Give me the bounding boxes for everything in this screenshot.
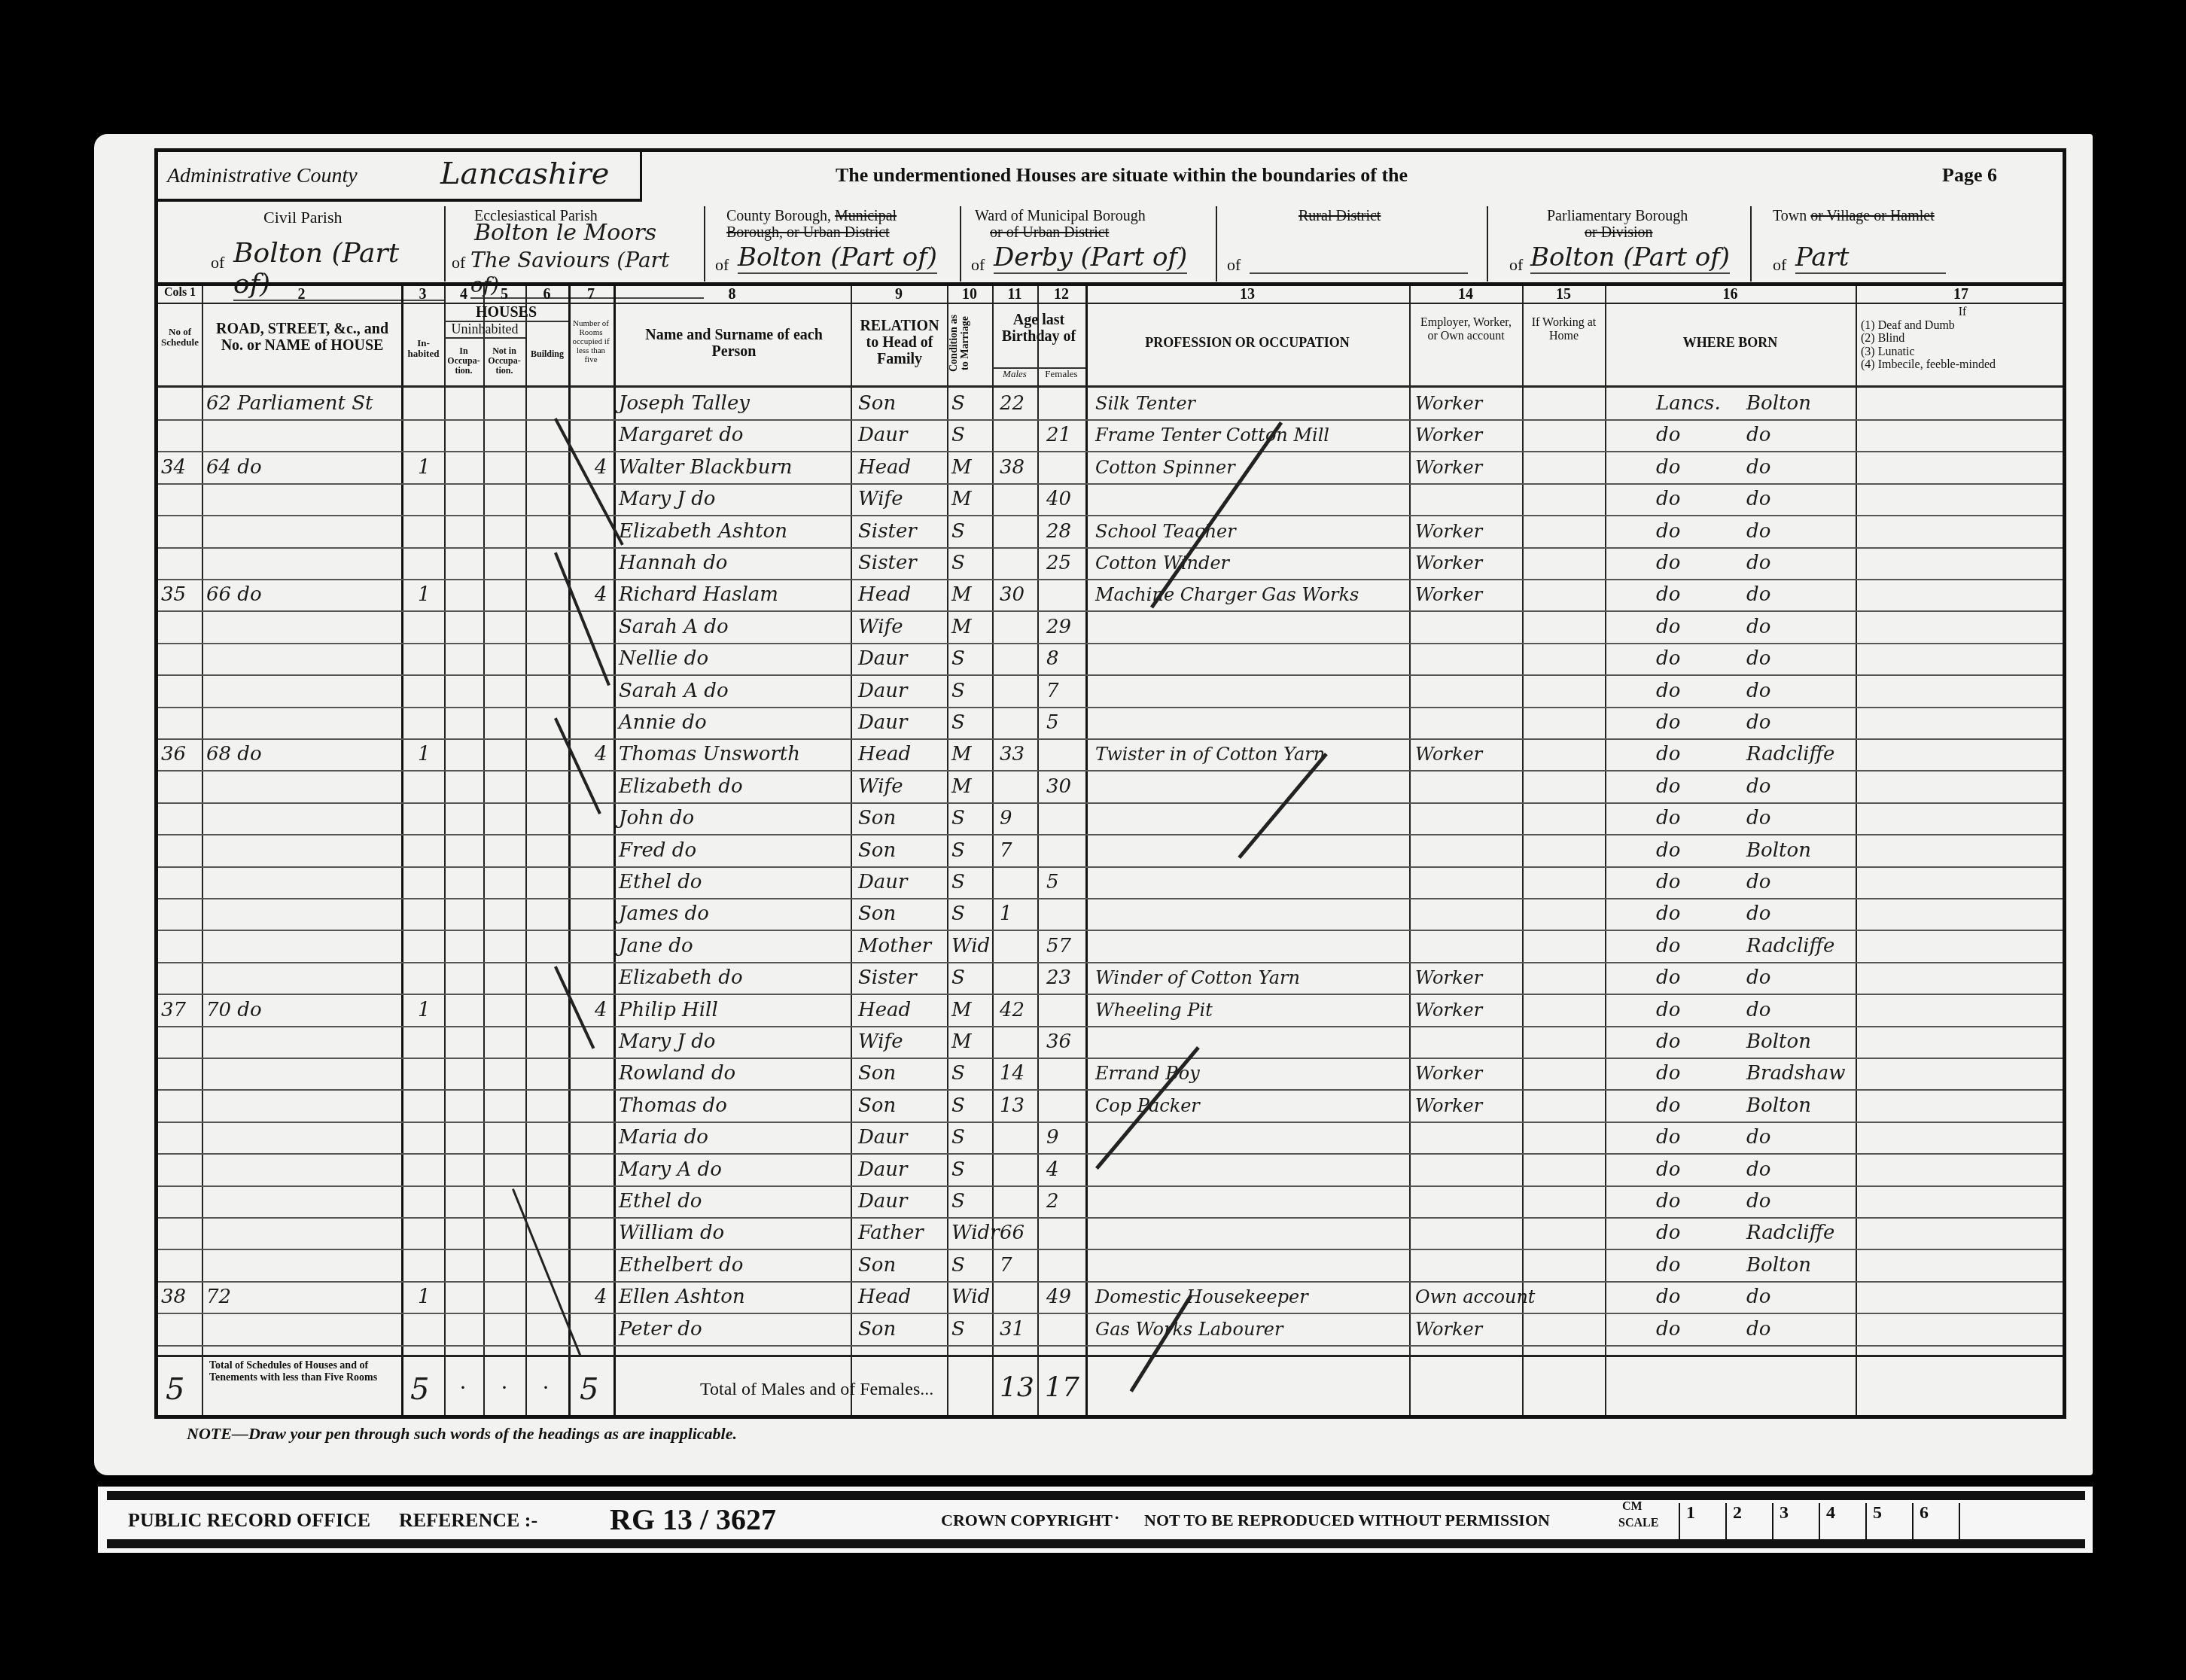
- row-born-county: do: [1656, 1058, 1716, 1089]
- scale-mark-5: 5: [1865, 1503, 1912, 1542]
- row-relation: Son: [858, 1249, 945, 1281]
- row-name: Hannah do: [619, 547, 848, 579]
- table-row: 3464 do14Walter BlackburnHeadM38Cotton S…: [158, 452, 2063, 485]
- row-born-county: Lancs.: [1656, 388, 1716, 419]
- footer-reference: RG 13 / 3627: [610, 1502, 776, 1537]
- row-inhabited: 1: [418, 994, 440, 1026]
- row-male-age: 33: [1000, 738, 1034, 770]
- row-road: [206, 419, 398, 451]
- row-rooms: 4: [595, 738, 613, 770]
- col-num-11: 11: [992, 286, 1037, 303]
- row-condition: M: [951, 994, 991, 1026]
- row-employment: Worker: [1415, 1313, 1521, 1345]
- row-schedule: [161, 419, 199, 451]
- row-employment: [1415, 930, 1521, 962]
- row-rooms: [595, 1090, 613, 1122]
- row-inhabited: 1: [418, 1281, 440, 1313]
- row-occupation: [1095, 1122, 1408, 1153]
- row-born-place: do: [1746, 707, 1856, 738]
- row-male-age: [1000, 1281, 1034, 1313]
- row-inhabited: [418, 388, 440, 419]
- col-num-3: 3: [401, 286, 444, 303]
- row-occupation: Wheeling Pit: [1095, 994, 1408, 1026]
- row-relation: Daur: [858, 866, 945, 898]
- row-born-place: do: [1746, 611, 1856, 643]
- row-female-age: [1046, 1058, 1082, 1089]
- row-condition: S: [951, 643, 991, 674]
- county-borough-struck-2: Borough, or Urban District: [726, 224, 890, 242]
- row-occupation: Domestic Housekeeper: [1095, 1281, 1408, 1313]
- header-where-born: WHERE BORN: [1605, 336, 1856, 351]
- row-condition: S: [951, 675, 991, 707]
- town-value: Part: [1795, 242, 1946, 274]
- total-males-females-label: Total of Males and of Females...: [700, 1380, 933, 1400]
- row-condition: S: [951, 1058, 991, 1089]
- row-born-county: do: [1656, 1313, 1716, 1345]
- row-road: [206, 643, 398, 674]
- census-table: Cols 1 2 3 4 5 6 7 8 9 10 11 12 13 14 15…: [158, 286, 2063, 1415]
- row-condition: M: [951, 579, 991, 610]
- row-employment: Worker: [1415, 1058, 1521, 1089]
- row-born-place: do: [1746, 898, 1856, 930]
- row-schedule: [161, 835, 199, 866]
- header-age: Age last Birthday of: [994, 312, 1084, 345]
- row-inhabited: [418, 930, 440, 962]
- row-name: Peter do: [619, 1313, 848, 1345]
- county-borough-field: County Borough, Municipal Borough, or Ur…: [704, 206, 961, 282]
- row-road: [206, 611, 398, 643]
- row-schedule: [161, 547, 199, 579]
- scale-mark-2: 2: [1725, 1503, 1772, 1542]
- row-inhabited: [418, 802, 440, 834]
- total-schedules: 5: [166, 1372, 184, 1407]
- row-rooms: [595, 771, 613, 802]
- row-road: [206, 1058, 398, 1089]
- parliamentary-borough-field: Parliamentary Borough or Division of Bol…: [1487, 206, 1752, 282]
- row-rooms: [595, 930, 613, 962]
- row-female-age: [1046, 898, 1082, 930]
- row-female-age: 57: [1046, 930, 1082, 962]
- row-born-place: do: [1746, 802, 1856, 834]
- row-inhabited: [418, 1217, 440, 1249]
- parliamentary-borough-value: Bolton (Part of): [1530, 242, 1730, 274]
- table-row: 3566 do14Richard HaslamHeadM30Machine Ch…: [158, 579, 2063, 612]
- row-female-age: 23: [1046, 962, 1082, 994]
- row-schedule: [161, 483, 199, 515]
- archive-footer: PUBLIC RECORD OFFICE REFERENCE :- RG 13 …: [98, 1487, 2093, 1553]
- ward-label: Ward of Municipal Borough: [975, 208, 1146, 225]
- row-schedule: [161, 516, 199, 547]
- row-occupation: [1095, 1185, 1408, 1217]
- column-header-row: No of Schedule ROAD, STREET, &c., and No…: [158, 304, 2063, 388]
- town-label: Town: [1773, 208, 1807, 224]
- parliamentary-borough-struck-label: or Division: [1585, 224, 1653, 242]
- row-relation: Head: [858, 1281, 945, 1313]
- scale-mark-end: [1959, 1503, 2005, 1542]
- row-inhabited: [418, 707, 440, 738]
- row-male-age: [1000, 611, 1034, 643]
- row-born-county: do: [1656, 866, 1716, 898]
- row-employment: Worker: [1415, 547, 1521, 579]
- row-male-age: 42: [1000, 994, 1034, 1026]
- header-females: Females: [1037, 367, 1085, 379]
- row-female-age: [1046, 452, 1082, 483]
- civil-parish-field: Civil Parish of Bolton (Part of): [158, 206, 446, 282]
- row-name: Elizabeth do: [619, 962, 848, 994]
- header-employer: Employer, Worker, or Own account: [1415, 316, 1517, 342]
- col-num-14: 14: [1409, 286, 1522, 303]
- row-road: [206, 675, 398, 707]
- row-male-age: [1000, 1026, 1034, 1058]
- row-schedule: 38: [161, 1281, 199, 1313]
- row-relation: Mother: [858, 930, 945, 962]
- row-born-county: do: [1656, 1154, 1716, 1185]
- row-born-county: do: [1656, 579, 1716, 610]
- row-born-county: do: [1656, 516, 1716, 547]
- row-relation: Wife: [858, 1026, 945, 1058]
- row-road: [206, 898, 398, 930]
- row-female-age: [1046, 1090, 1082, 1122]
- row-rooms: [595, 388, 613, 419]
- row-condition: S: [951, 547, 991, 579]
- row-occupation: [1095, 1026, 1408, 1058]
- header-infirmity-if: If: [1861, 306, 2064, 319]
- row-born-place: do: [1746, 547, 1856, 579]
- row-occupation: [1095, 1154, 1408, 1185]
- header-relation: RELATION to Head of Family: [854, 318, 945, 367]
- of-label: of: [971, 255, 985, 275]
- col-num-8: 8: [613, 286, 851, 303]
- boundaries-text: The undermentioned Houses are situate wi…: [836, 164, 1408, 187]
- row-rooms: 4: [595, 994, 613, 1026]
- row-name: Jane do: [619, 930, 848, 962]
- row-road: [206, 1122, 398, 1153]
- row-born-place: do: [1746, 419, 1856, 451]
- row-male-age: [1000, 930, 1034, 962]
- row-road: 72: [206, 1281, 398, 1313]
- row-employment: [1415, 771, 1521, 802]
- row-born-county: do: [1656, 771, 1716, 802]
- row-road: [206, 1154, 398, 1185]
- row-name: Ethelbert do: [619, 1249, 848, 1281]
- header-infirmity-4: (4) Imbecile, feeble-minded: [1861, 358, 2064, 372]
- row-male-age: [1000, 419, 1034, 451]
- row-female-age: 8: [1046, 643, 1082, 674]
- row-relation: Son: [858, 835, 945, 866]
- header-name: Name and Surname of each Person: [640, 327, 828, 360]
- col-num-9: 9: [851, 286, 947, 303]
- table-row: James doSonS1dodo: [158, 898, 2063, 931]
- col-num-13: 13: [1085, 286, 1409, 303]
- row-inhabited: [418, 962, 440, 994]
- row-occupation: [1095, 483, 1408, 515]
- page-number: Page 6: [1942, 164, 1997, 187]
- of-label: of: [1227, 255, 1241, 275]
- row-rooms: 4: [595, 1281, 613, 1313]
- row-female-age: 28: [1046, 516, 1082, 547]
- total-schedules-label: Total of Schedules of Houses and of Tene…: [209, 1360, 394, 1384]
- row-relation: Sister: [858, 516, 945, 547]
- row-occupation: [1095, 707, 1408, 738]
- row-schedule: [161, 1154, 199, 1185]
- of-label: of: [211, 253, 224, 272]
- row-born-county: do: [1656, 1217, 1716, 1249]
- row-relation: Daur: [858, 643, 945, 674]
- row-condition: S: [951, 707, 991, 738]
- row-female-age: 30: [1046, 771, 1082, 802]
- row-born-county: do: [1656, 1090, 1716, 1122]
- row-relation: Daur: [858, 675, 945, 707]
- col-num-12: 12: [1037, 286, 1085, 303]
- census-form: Administrative County Lancashire The und…: [154, 148, 2066, 1419]
- table-row: 3668 do14Thomas UnsworthHeadM33Twister i…: [158, 738, 2063, 772]
- table-row: Annie doDaurS5dodo: [158, 707, 2063, 740]
- row-relation: Wife: [858, 611, 945, 643]
- row-condition: S: [951, 388, 991, 419]
- row-employment: [1415, 675, 1521, 707]
- row-born-county: do: [1656, 835, 1716, 866]
- row-born-place: do: [1746, 1313, 1856, 1345]
- table-row: Elizabeth AshtonSisterS28School TeacherW…: [158, 516, 2063, 549]
- row-born-county: do: [1656, 1026, 1716, 1058]
- row-employment: Worker: [1415, 579, 1521, 610]
- row-condition: M: [951, 771, 991, 802]
- row-female-age: [1046, 738, 1082, 770]
- row-born-place: Bolton: [1746, 1249, 1856, 1281]
- header-rooms: Number of Rooms occupied if less than fi…: [570, 319, 612, 364]
- row-born-county: do: [1656, 675, 1716, 707]
- row-female-age: 36: [1046, 1026, 1082, 1058]
- row-road: [206, 802, 398, 834]
- of-label: of: [452, 253, 465, 272]
- row-rooms: 4: [595, 452, 613, 483]
- row-condition: S: [951, 1122, 991, 1153]
- row-born-place: Radcliffe: [1746, 738, 1856, 770]
- row-born-place: do: [1746, 1122, 1856, 1153]
- row-female-age: [1046, 994, 1082, 1026]
- header-infirmity: If (1) Deaf and Dumb (2) Blind (3) Lunat…: [1861, 306, 2064, 372]
- row-relation: Son: [858, 802, 945, 834]
- col-num-4: 4: [444, 286, 483, 303]
- col-num-2: 2: [202, 286, 401, 303]
- row-schedule: [161, 1217, 199, 1249]
- row-female-age: 2: [1046, 1185, 1082, 1217]
- header-uninhabited: Uninhabited: [444, 322, 525, 339]
- row-relation: Son: [858, 388, 945, 419]
- row-born-county: do: [1656, 707, 1716, 738]
- of-label: of: [715, 255, 729, 275]
- row-born-place: do: [1746, 1281, 1856, 1313]
- row-inhabited: [418, 1090, 440, 1122]
- row-condition: S: [951, 898, 991, 930]
- row-male-age: [1000, 516, 1034, 547]
- row-born-county: do: [1656, 802, 1716, 834]
- row-name: Mary J do: [619, 1026, 848, 1058]
- row-born-place: do: [1746, 483, 1856, 515]
- row-employment: [1415, 835, 1521, 866]
- row-male-age: [1000, 483, 1034, 515]
- table-row: Ethel doDaurS5dodo: [158, 866, 2063, 899]
- table-row: Ethel doDaurS2dodo: [158, 1185, 2063, 1219]
- row-road: [206, 1185, 398, 1217]
- row-schedule: [161, 930, 199, 962]
- row-born-county: do: [1656, 738, 1716, 770]
- row-inhabited: [418, 1058, 440, 1089]
- row-schedule: [161, 707, 199, 738]
- col-num-10: 10: [947, 286, 992, 303]
- table-row: Elizabeth doWifeM30dodo: [158, 771, 2063, 804]
- row-occupation: Twister in of Cotton Yarn: [1095, 738, 1408, 770]
- row-born-county: do: [1656, 611, 1716, 643]
- civil-parish-label: Civil Parish: [263, 208, 343, 227]
- row-inhabited: 1: [418, 452, 440, 483]
- row-relation: Daur: [858, 419, 945, 451]
- table-row: Thomas doSonS13Cop PackerWorkerdoBolton: [158, 1090, 2063, 1123]
- row-born-place: do: [1746, 675, 1856, 707]
- row-born-county: do: [1656, 419, 1716, 451]
- row-employment: [1415, 1185, 1521, 1217]
- row-inhabited: [418, 835, 440, 866]
- row-relation: Head: [858, 738, 945, 770]
- row-name: Richard Haslam: [619, 579, 848, 610]
- row-road: 70 do: [206, 994, 398, 1026]
- col-num-1: Cols 1: [158, 286, 202, 300]
- totals-row: 5 Total of Schedules of Houses and of Te…: [158, 1355, 2063, 1425]
- row-relation: Daur: [858, 1122, 945, 1153]
- row-relation: Father: [858, 1217, 945, 1249]
- row-male-age: [1000, 1154, 1034, 1185]
- row-inhabited: [418, 1249, 440, 1281]
- row-rooms: [595, 547, 613, 579]
- row-rooms: [595, 1185, 613, 1217]
- county-borough-value: Bolton (Part of): [738, 242, 937, 274]
- row-occupation: [1095, 1249, 1408, 1281]
- row-rooms: [595, 962, 613, 994]
- row-road: [206, 516, 398, 547]
- row-condition: S: [951, 516, 991, 547]
- row-born-place: Bolton: [1746, 1090, 1856, 1122]
- row-female-age: 5: [1046, 866, 1082, 898]
- of-label: of: [1773, 255, 1786, 275]
- row-male-age: [1000, 1122, 1034, 1153]
- row-name: Nellie do: [619, 643, 848, 674]
- row-occupation: [1095, 771, 1408, 802]
- row-condition: S: [951, 419, 991, 451]
- row-female-age: 29: [1046, 611, 1082, 643]
- row-inhabited: [418, 1026, 440, 1058]
- row-name: Sarah A do: [619, 611, 848, 643]
- table-row: Jane doMotherWid57doRadcliffe: [158, 930, 2063, 963]
- row-condition: S: [951, 1154, 991, 1185]
- row-employment: Worker: [1415, 994, 1521, 1026]
- row-born-place: do: [1746, 452, 1856, 483]
- row-born-county: do: [1656, 898, 1716, 930]
- row-born-place: do: [1746, 994, 1856, 1026]
- header-road: ROAD, STREET, &c., and No. or NAME of HO…: [206, 321, 398, 354]
- row-name: Maria do: [619, 1122, 848, 1153]
- row-born-place: Bolton: [1746, 388, 1856, 419]
- row-rooms: [595, 866, 613, 898]
- row-occupation: [1095, 1217, 1408, 1249]
- footer-reference-label: REFERENCE :-: [399, 1509, 537, 1532]
- row-name: Annie do: [619, 707, 848, 738]
- row-name: Joseph Talley: [619, 388, 848, 419]
- row-male-age: 9: [1000, 802, 1034, 834]
- row-relation: Wife: [858, 771, 945, 802]
- scale-mark-6: 6: [1912, 1503, 1959, 1542]
- row-occupation: [1095, 898, 1408, 930]
- row-born-county: do: [1656, 547, 1716, 579]
- row-relation: Son: [858, 1090, 945, 1122]
- row-rooms: [595, 1217, 613, 1249]
- row-born-place: Bolton: [1746, 1026, 1856, 1058]
- table-row: Mary A doDaurS4dodo: [158, 1154, 2063, 1187]
- row-occupation: School Teacher: [1095, 516, 1408, 547]
- row-male-age: 1: [1000, 898, 1034, 930]
- row-female-age: [1046, 1313, 1082, 1345]
- row-schedule: 37: [161, 994, 199, 1026]
- row-road: [206, 1026, 398, 1058]
- row-inhabited: [418, 547, 440, 579]
- row-born-county: do: [1656, 930, 1716, 962]
- table-row: John doSonS9dodo: [158, 802, 2063, 835]
- row-condition: S: [951, 866, 991, 898]
- header-schedule: No of Schedule: [160, 327, 200, 348]
- row-name: Sarah A do: [619, 675, 848, 707]
- row-employment: [1415, 483, 1521, 515]
- row-employment: [1415, 611, 1521, 643]
- row-female-age: 25: [1046, 547, 1082, 579]
- table-row: 387214Ellen AshtonHeadWid49Domestic Hous…: [158, 1281, 2063, 1314]
- row-male-age: [1000, 1185, 1034, 1217]
- row-employment: [1415, 802, 1521, 834]
- row-male-age: 22: [1000, 388, 1034, 419]
- col-num-5: 5: [483, 286, 525, 303]
- row-occupation: [1095, 930, 1408, 962]
- row-male-age: [1000, 771, 1034, 802]
- row-schedule: [161, 771, 199, 802]
- table-row: William doFatherWidr66doRadcliffe: [158, 1217, 2063, 1250]
- row-male-age: [1000, 547, 1034, 579]
- scale-mark-4: 4: [1819, 1503, 1865, 1542]
- row-inhabited: [418, 483, 440, 515]
- row-name: Rowland do: [619, 1058, 848, 1089]
- header-working-home: If Working at Home: [1524, 316, 1603, 342]
- row-rooms: [595, 898, 613, 930]
- header-males: Males: [992, 367, 1037, 379]
- table-row: Mary J doWifeM36doBolton: [158, 1026, 2063, 1059]
- footer-scale-label-2: SCALE: [1618, 1517, 1658, 1530]
- col-num-16: 16: [1605, 286, 1856, 303]
- header-infirmity-3: (3) Lunatic: [1861, 345, 2064, 359]
- row-occupation: Machine Charger Gas Works: [1095, 579, 1408, 610]
- row-rooms: [595, 1154, 613, 1185]
- table-row: Sarah A doDaurS7dodo: [158, 675, 2063, 708]
- row-inhabited: [418, 675, 440, 707]
- row-male-age: 14: [1000, 1058, 1034, 1089]
- col-num-6: 6: [525, 286, 568, 303]
- row-road: [206, 866, 398, 898]
- row-schedule: [161, 1026, 199, 1058]
- ward-struck-label: or of Urban District: [990, 224, 1109, 242]
- row-schedule: [161, 1313, 199, 1345]
- parliamentary-borough-label: Parliamentary Borough: [1547, 208, 1688, 225]
- row-inhabited: [418, 1185, 440, 1217]
- row-female-age: [1046, 835, 1082, 866]
- row-female-age: 49: [1046, 1281, 1082, 1313]
- scale-mark-3: 3: [1772, 1503, 1819, 1542]
- row-rooms: [595, 1058, 613, 1089]
